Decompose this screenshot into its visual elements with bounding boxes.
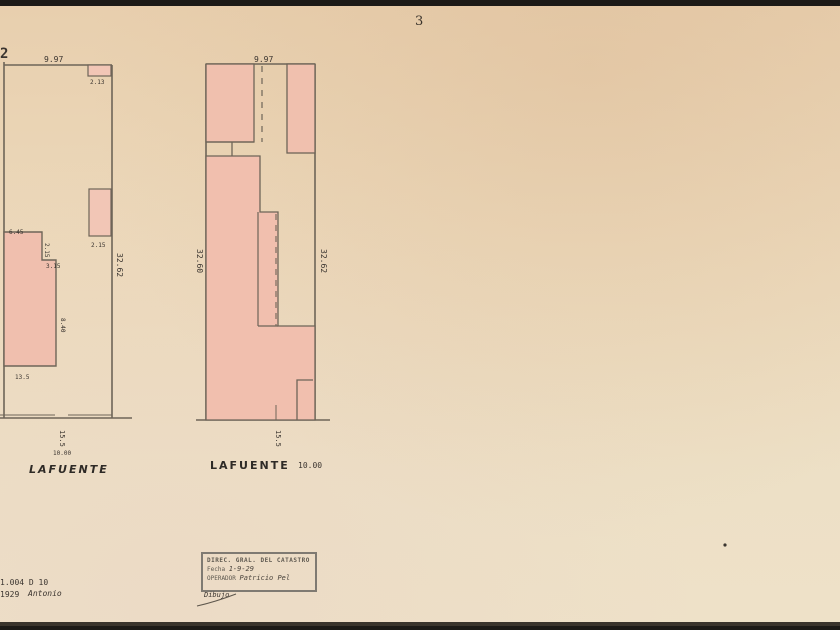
building-label-step-top: 3.15 <box>46 263 60 270</box>
margin-note-signature: Antonio <box>28 589 62 598</box>
sheet-bottom-edge <box>0 622 840 626</box>
right-street-name: LAFUENTE <box>210 459 290 472</box>
map-sheet: 3 2 9.97 2.13 2.15 32.62 6.45 2.15 3.15 … <box>0 6 840 626</box>
left-small-box-label: 2.13 <box>90 79 104 86</box>
stamp-date-label: Fecha <box>207 566 225 573</box>
left-street-name: LAFUENTE <box>29 463 109 476</box>
parcel-drawings <box>0 6 840 626</box>
plan-left <box>0 62 132 418</box>
right-right-side-length: 32.62 <box>319 249 328 273</box>
stamp-operator-row: OPERADOR Patricio Pel <box>207 574 311 583</box>
left-frontage-label: 15.5 <box>58 430 66 447</box>
right-top-width: 9.97 <box>254 55 273 64</box>
stamp-operator-label: OPERADOR <box>207 575 236 582</box>
right-frontage-width: 10.00 <box>298 461 322 470</box>
cadastre-stamp: DIREC. GRAL. DEL CATASTRO Fecha 1-9-29 O… <box>201 552 317 592</box>
stamp-title: DIREC. GRAL. DEL CATASTRO <box>207 556 311 565</box>
right-left-side-length: 32.60 <box>195 249 204 273</box>
margin-note-year: 1929 <box>0 590 19 599</box>
right-frontage-label: 15.5 <box>274 430 282 447</box>
left-annex-label: 2.15 <box>91 242 105 249</box>
building-label-bottom: 13.5 <box>15 374 29 381</box>
stamp-signature: Dibujo <box>204 591 229 599</box>
building-label-top: 6.45 <box>9 229 23 236</box>
page-number: 3 <box>415 14 423 29</box>
stamp-date-value: 1-9-29 <box>229 565 254 573</box>
building-label-side: 8.40 <box>59 318 66 332</box>
margin-note-reference: 1.004 D 10 <box>0 578 48 587</box>
stamp-date-row: Fecha 1-9-29 <box>207 565 311 574</box>
building-label-step: 2.15 <box>43 243 50 257</box>
left-top-width: 9.97 <box>44 55 63 64</box>
left-side-length: 32.62 <box>115 253 124 277</box>
left-frontage-width: 10.00 <box>53 450 71 457</box>
stamp-operator-value: Patricio Pel <box>240 574 291 582</box>
plan-right <box>196 64 330 420</box>
corner-mark: 2 <box>0 46 8 62</box>
